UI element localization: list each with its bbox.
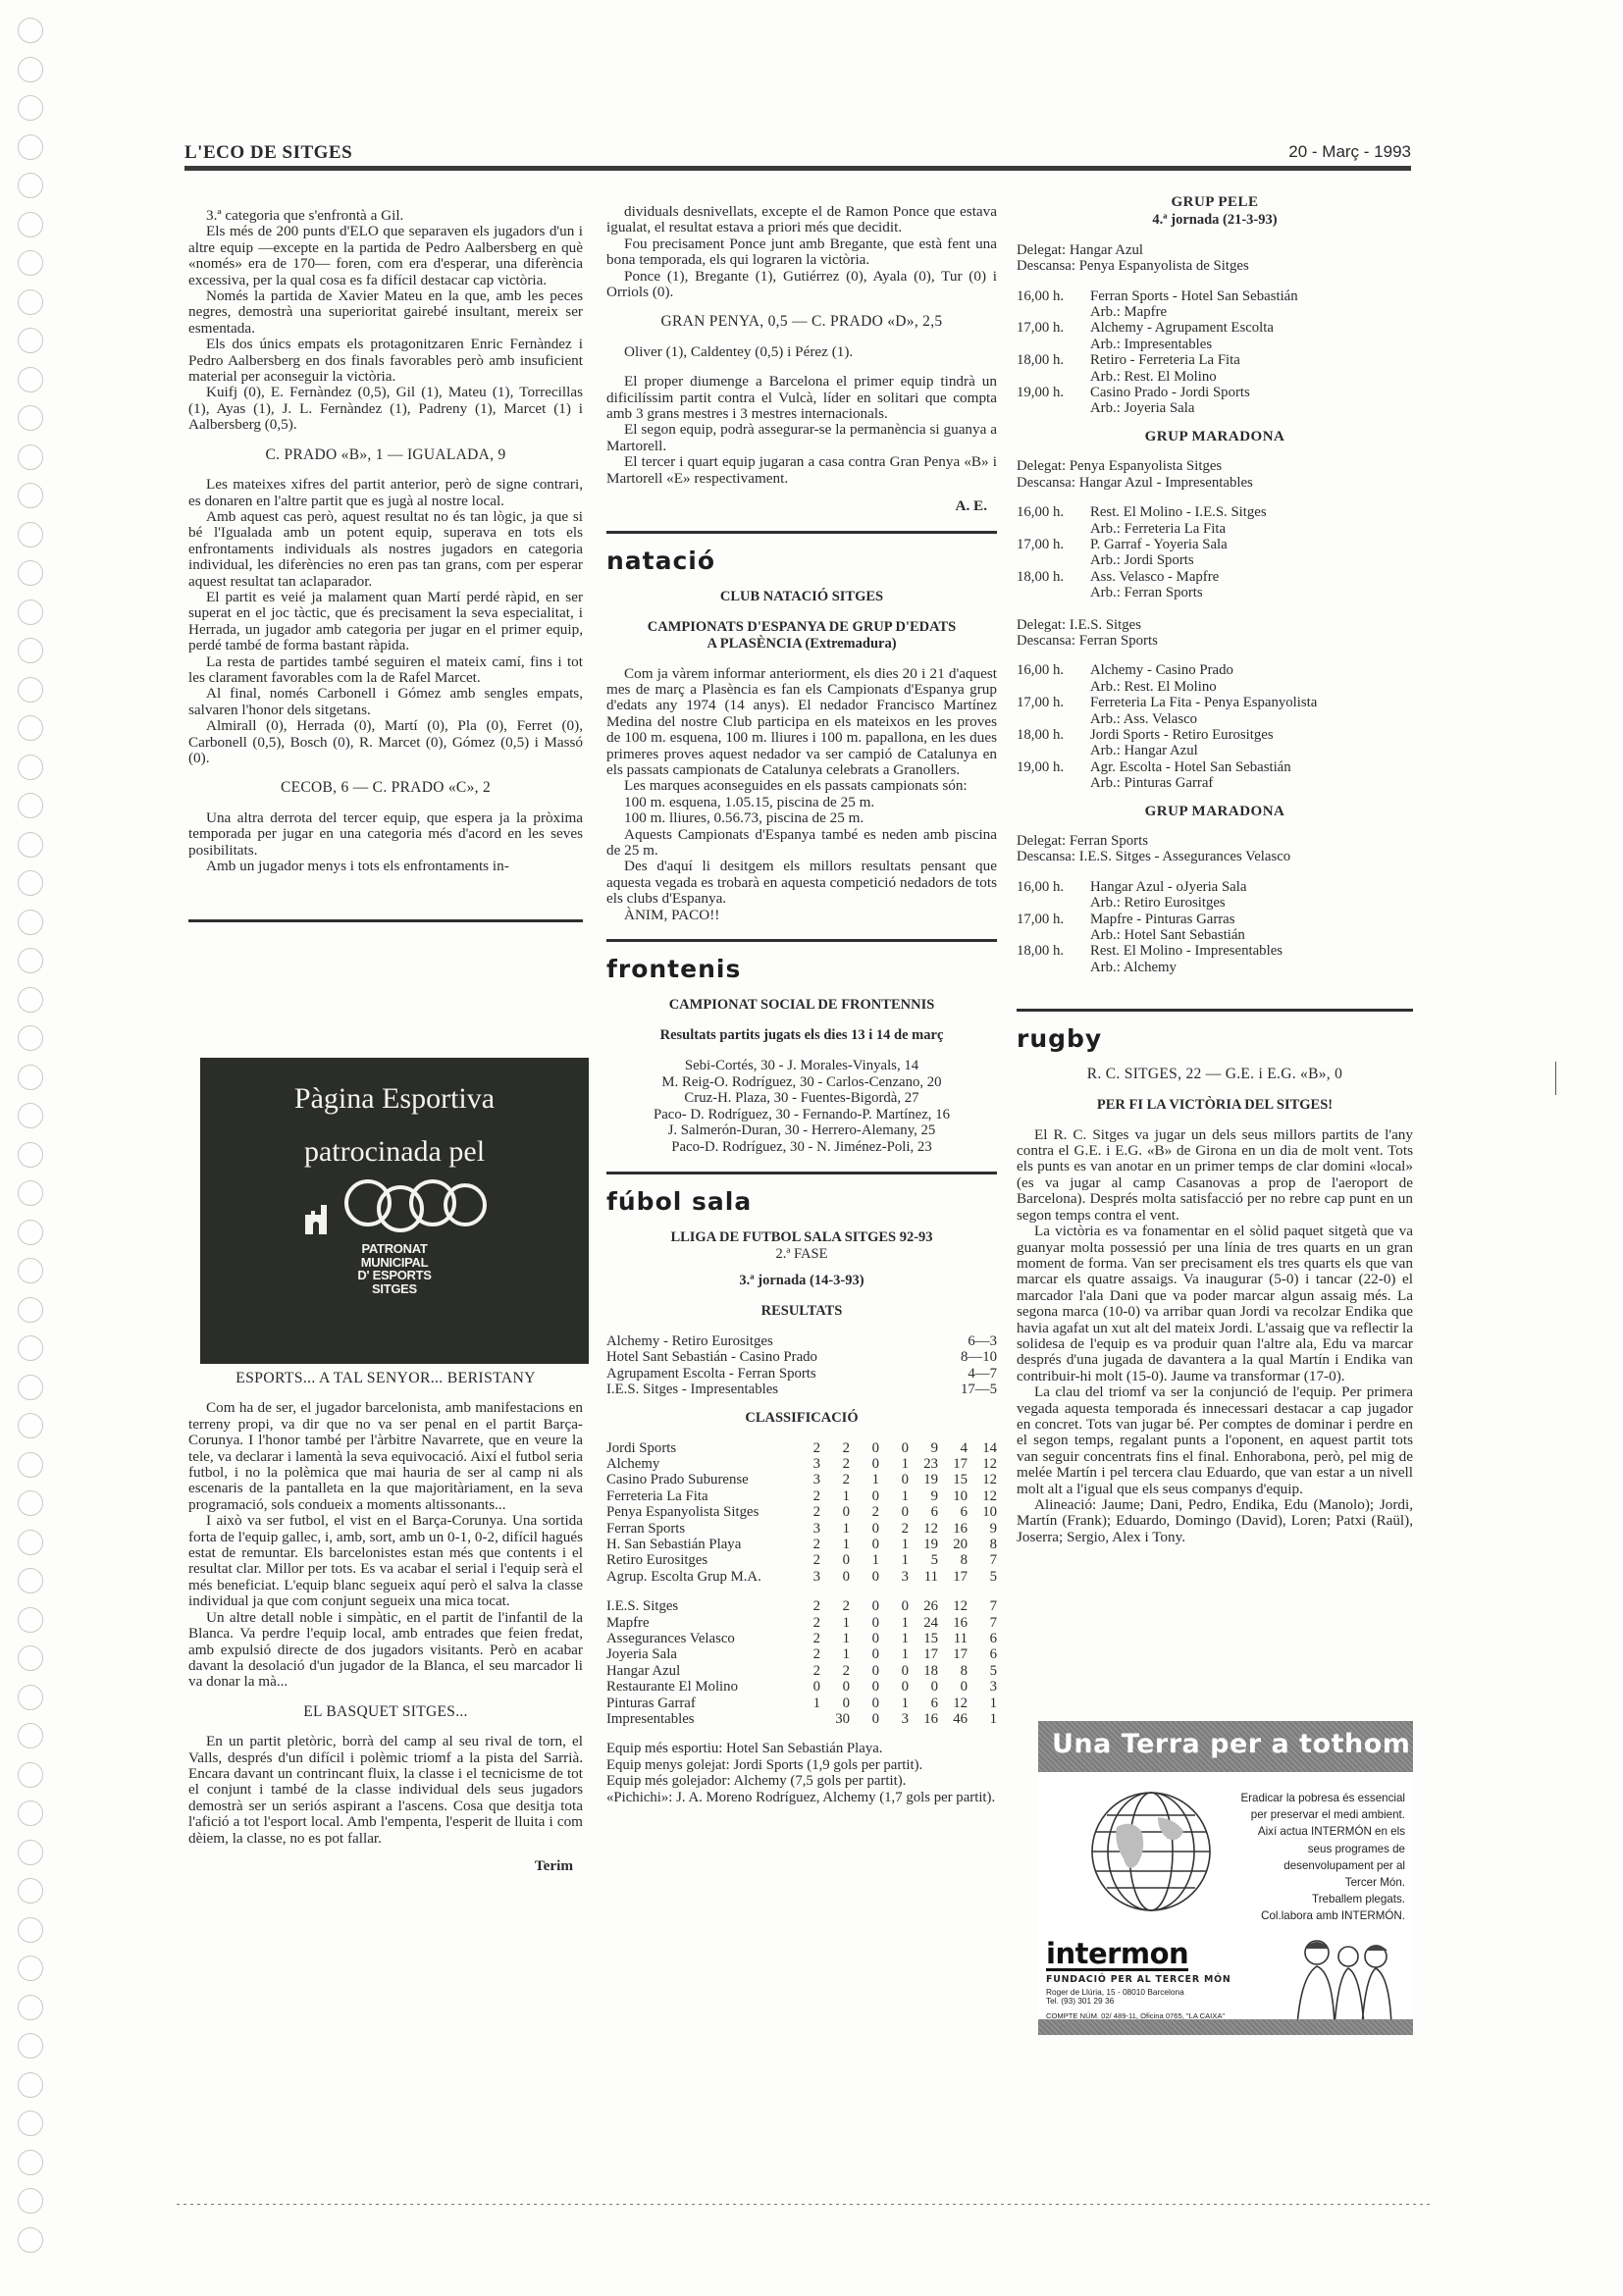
binder-hole [18, 1800, 43, 1826]
list-line: Paco-D. Rodríguez, 30 - N. Jiménez-Poli,… [606, 1139, 997, 1156]
stat-cell: 15 [938, 1472, 968, 1487]
stat-cell: 1 [968, 1711, 997, 1727]
list-line: desenvolupament per al [1209, 1857, 1405, 1874]
stat-cell: 17 [938, 1646, 968, 1662]
stat-cell: 0 [850, 1569, 879, 1585]
fixture-group: GRUP MARADONADelegat: Penya Espanyolista… [1017, 429, 1413, 601]
stat-cell: 19 [909, 1537, 938, 1552]
table-row: Hangar Azul22001885 [606, 1663, 997, 1679]
binder-hole [18, 95, 43, 121]
paragraph: 100 m. esquena, 1.05.15, piscina de 25 m… [606, 795, 997, 810]
binder-hole [18, 1840, 43, 1865]
fixture-referee: Arb.: Retiro Eurositges [1090, 895, 1413, 911]
stat-cell: 2 [820, 1456, 850, 1472]
patronat-name: PATRONATMUNICIPALD' ESPORTSSITGES [200, 1242, 589, 1295]
stat-cell: 0 [850, 1679, 879, 1695]
stat-cell: 12 [968, 1456, 997, 1472]
list-line: per preservar el medi ambient. [1209, 1806, 1405, 1823]
stat-cell: 15 [909, 1631, 938, 1646]
table-row: Alchemy - Retiro Eurositges6—3 [606, 1333, 997, 1350]
stat-cell: 1 [850, 1552, 879, 1568]
league-round: 3.ª jornada (14-3-93) [606, 1273, 997, 1289]
fixture-match: Rest. El Molino - Impresentables [1090, 943, 1413, 959]
stat-cell: 12 [968, 1488, 997, 1504]
table-row: Mapfre210124167 [606, 1615, 997, 1631]
stat-cell: 46 [938, 1711, 968, 1727]
descansa-line: Descansa: Penya Espanyolista de Sitges [1017, 258, 1413, 274]
scan-artifact-line [177, 2204, 1433, 2205]
paragraph: La resta de partides també seguiren el m… [188, 654, 583, 687]
stat-cell: 14 [968, 1440, 997, 1456]
stat-cell: 0 [850, 1456, 879, 1472]
rugby-headline: PER FI LA VICTÒRIA DEL SITGES! [1017, 1097, 1413, 1114]
score-cell: 4—7 [940, 1366, 997, 1383]
paragraph: El tercer i quart equip jugaran a casa c… [606, 454, 997, 487]
table-row: Retiro Eurositges2011587 [606, 1552, 997, 1568]
fixture-referee: Arb.: Ferreteria La Fita [1090, 521, 1413, 537]
fixture-time: 18,00 h. [1017, 352, 1090, 368]
descansa-line: Descansa: Hangar Azul - Impresentables [1017, 475, 1413, 491]
stat-cell: 16 [909, 1711, 938, 1727]
standings-title: CLASSIFICACIÓ [606, 1410, 997, 1427]
binder-hole [18, 250, 43, 276]
stat-cell: 4 [938, 1440, 968, 1456]
binder-hole [18, 212, 43, 237]
stat-cell: 8 [968, 1537, 997, 1552]
paragraph: La clau del triomf va ser la conjunció d… [1017, 1384, 1413, 1497]
stat-cell: 24 [909, 1615, 938, 1631]
stat-cell: 0 [850, 1663, 879, 1679]
intermon-advert: Una Terra per a tothom Eradicar la pobre… [1038, 1721, 1413, 2035]
basquet-subtitle: EL BASQUET SITGES... [188, 1704, 583, 1720]
list-line: Sebi-Cortés, 30 - J. Morales-Vinyals, 14 [606, 1058, 997, 1074]
list-line: Tercer Món. [1209, 1874, 1405, 1891]
players-line: Oliver (1), Caldentey (0,5) i Pérez (1). [606, 344, 997, 360]
section-divider [606, 531, 997, 534]
stat-cell: 0 [850, 1711, 879, 1727]
fixture-referee: Arb.: Pinturas Garraf [1090, 775, 1413, 791]
paragraph: Un altre detall noble i simpàtic, en el … [188, 1610, 583, 1691]
sponsor-advert: Pàgina Esportiva patrocinada pel PATRONA… [200, 1058, 589, 1364]
team-cell: Ferran Sports [606, 1521, 791, 1537]
results-title: RESULTATS [606, 1303, 997, 1320]
stat-cell: 2 [850, 1504, 879, 1520]
stat-cell: 0 [850, 1615, 879, 1631]
ad-banner-text: Una Terra per a tothom [1052, 1729, 1410, 1759]
paragraph: Els més de 200 punts d'ELO que separaven… [188, 224, 583, 288]
stat-cell: 0 [879, 1663, 909, 1679]
stat-cell: 9 [909, 1440, 938, 1456]
team-cell: Assegurances Velasco [606, 1631, 791, 1646]
stat-cell: 1 [879, 1615, 909, 1631]
fixture: 16,00 h.Rest. El Molino - I.E.S. SitgesA… [1017, 504, 1413, 537]
descansa-value: Ferran Sports [1079, 633, 1158, 649]
binder-hole [18, 1762, 43, 1788]
fixture-referee: Arb.: Joyeria Sala [1090, 400, 1413, 416]
list-line: SITGES [200, 1282, 589, 1296]
binder-hole [18, 948, 43, 973]
stat-cell: 7 [968, 1552, 997, 1568]
stat-cell: 8 [938, 1552, 968, 1568]
stat-cell: 3 [791, 1456, 820, 1472]
chess-paragraphs-5: El proper diumenge a Barcelona el primer… [606, 374, 997, 487]
fixture-groups: GRUP PELE4.ª jornada (21-3-93)Delegat: H… [1017, 194, 1413, 975]
headline-2: A PLASÈNCIA (Extremadura) [606, 636, 997, 652]
stat-cell: 1 [850, 1472, 879, 1487]
masthead: L'ECO DE SITGES 20 - Març - 1993 [184, 142, 1411, 172]
stat-cell: 2 [791, 1504, 820, 1520]
fixture-time: 17,00 h. [1017, 537, 1090, 552]
natacio-paragraphs: Com ja vàrem informar anteriorment, els … [606, 666, 997, 924]
binder-hole [18, 600, 43, 625]
paragraph: El partit es veié ja malament quan Martí… [188, 590, 583, 654]
ad-banner: Una Terra per a tothom [1038, 1721, 1413, 1772]
binder-hole [18, 677, 43, 703]
stat-cell: 0 [850, 1631, 879, 1646]
binder-hole [18, 1568, 43, 1593]
team-cell: Penya Espanyolista Sitges [606, 1504, 791, 1520]
frontenis-results: Sebi-Cortés, 30 - J. Morales-Vinyals, 14… [606, 1058, 997, 1156]
binder-hole [18, 1335, 43, 1361]
stat-cell: 1 [879, 1646, 909, 1662]
people-illustration-icon [1278, 1935, 1395, 2025]
fixture-group: Delegat: I.E.S. SitgesDescansa: Ferran S… [1017, 601, 1413, 792]
results-table: Alchemy - Retiro Eurositges6—3Hotel Sant… [606, 1333, 997, 1398]
stat-cell: 9 [968, 1521, 997, 1537]
section-divider [606, 939, 997, 942]
middle-column: dividuals desnivellats, excepte el de Ra… [606, 204, 997, 1805]
binder-hole [18, 289, 43, 315]
stat-cell: 17 [909, 1646, 938, 1662]
paragraph: I això va ser futbol, el vist en el Barç… [188, 1513, 583, 1609]
stat-cell: 0 [791, 1679, 820, 1695]
note-line: Equip més esportiu: Hotel San Sebastián … [606, 1741, 997, 1756]
stat-cell: 23 [909, 1456, 938, 1472]
binder-hole [18, 715, 43, 741]
binder-hole [18, 832, 43, 858]
stat-cell: 2 [879, 1521, 909, 1537]
newspaper-name: L'ECO DE SITGES [184, 142, 352, 164]
fixture: 17,00 h.Alchemy - Agrupament EscoltaArb.… [1017, 320, 1413, 352]
stat-cell: 2 [791, 1631, 820, 1646]
stat-cell: 3 [968, 1679, 997, 1695]
paragraph: Com ja vàrem informar anteriorment, els … [606, 666, 997, 779]
stat-cell: 1 [791, 1696, 820, 1711]
fixture: 17,00 h.Ferreteria La Fita - Penya Espan… [1017, 695, 1413, 727]
table-row: Ferran Sports310212169 [606, 1521, 997, 1537]
stat-cell: 12 [968, 1472, 997, 1487]
binder-hole [18, 1607, 43, 1633]
paragraph: Les marques aconseguides en els passats … [606, 778, 997, 794]
fixture-time: 18,00 h. [1017, 943, 1090, 959]
fixture: 16,00 h.Hangar Azul - oJyeria SalaArb.: … [1017, 879, 1413, 912]
stat-cell: 0 [850, 1696, 879, 1711]
olympic-rings-icon [340, 1175, 488, 1234]
paragraph: Al final, només Carbonell i Gómez amb se… [188, 686, 583, 718]
fixture-time: 18,00 h. [1017, 727, 1090, 743]
stat-cell: 6 [938, 1504, 968, 1520]
stat-cell: 17 [938, 1569, 968, 1585]
paragraph: ÀNIM, PACO!! [606, 908, 997, 923]
stat-cell: 1 [820, 1631, 850, 1646]
fixture-referee: Arb.: Alchemy [1090, 960, 1413, 975]
score-cell: 17—5 [940, 1382, 997, 1398]
stat-cell: 3 [791, 1521, 820, 1537]
stat-cell: 0 [879, 1598, 909, 1614]
table-row: Assegurances Velasco210115116 [606, 1631, 997, 1646]
stat-cell: 6 [909, 1504, 938, 1520]
binder-hole [18, 444, 43, 470]
binder-hole [18, 1142, 43, 1168]
paragraph: Les mateixes xifres del partit anterior,… [188, 477, 583, 509]
foundation-address: Roger de Llúria, 15 - 08010 Barcelona Te… [1046, 1988, 1184, 2006]
team-cell: Ferreteria La Fita [606, 1488, 791, 1504]
team-cell: Restaurante El Molino [606, 1679, 791, 1695]
section-heading-futbol-sala: fúbol sala [606, 1188, 997, 1216]
score-cell: 8—10 [940, 1349, 997, 1366]
fixture-referee: Arb.: Hotel Sant Sebastián [1090, 927, 1413, 943]
list-line: Cruz-H. Plaza, 30 - Fuentes-Bigordà, 27 [606, 1090, 997, 1107]
stat-cell: 1 [879, 1537, 909, 1552]
fixture-time: 17,00 h. [1017, 695, 1090, 710]
fixture-time: 19,00 h. [1017, 385, 1090, 400]
stat-cell: 0 [850, 1521, 879, 1537]
paragraph: Almirall (0), Herrada (0), Martí (0), Pl… [188, 718, 583, 766]
group-title: GRUP MARADONA [1017, 429, 1413, 444]
list-line: D' ESPORTS [200, 1269, 589, 1282]
stat-cell: 5 [968, 1663, 997, 1679]
stat-cell: 12 [938, 1598, 968, 1614]
list-line: Així actua INTERMÓN en els [1209, 1823, 1405, 1840]
fixture: 19,00 h.Casino Prado - Jordi SportsArb.:… [1017, 385, 1413, 417]
binder-hole [18, 1723, 43, 1748]
binder-hole [18, 987, 43, 1013]
paragraph: Els dos únics empats els protagonitzaren… [188, 337, 583, 385]
stat-cell: 3 [879, 1711, 909, 1727]
table-row: Pinturas Garraf10016121 [606, 1696, 997, 1711]
fixture-match: Agr. Escolta - Hotel San Sebastián [1090, 759, 1413, 775]
section-heading-frontenis: frontenis [606, 956, 997, 983]
section-divider [606, 1172, 997, 1174]
descansa-label: Descansa: [1017, 258, 1075, 274]
paragraph: Des d'aquí li desitgem els millors resul… [606, 859, 997, 907]
stat-cell: 26 [909, 1598, 938, 1614]
paragraph: El proper diumenge a Barcelona el primer… [606, 374, 997, 422]
stat-cell: 1 [879, 1696, 909, 1711]
binder-hole [18, 1258, 43, 1283]
stat-cell: 1 [820, 1646, 850, 1662]
list-line: Col.labora amb INTERMÓN. [1209, 1907, 1405, 1924]
delegat-value: Penya Espanyolista Sitges [1070, 458, 1222, 474]
stat-cell: 6 [968, 1646, 997, 1662]
stat-cell: 5 [909, 1552, 938, 1568]
fixture-time: 16,00 h. [1017, 662, 1090, 678]
stat-cell [791, 1711, 820, 1727]
stat-cell: 1 [879, 1456, 909, 1472]
paragraph: 3.ª categoria que s'enfrontà a Gil. [188, 208, 583, 224]
frontenis-subtitle: Resultats partits jugats els dies 13 i 1… [606, 1027, 997, 1044]
fixture-match: Alchemy - Casino Prado [1090, 662, 1413, 678]
delegat-value: Hangar Azul [1070, 242, 1143, 258]
stat-cell: 2 [791, 1552, 820, 1568]
stat-cell: 20 [938, 1537, 968, 1552]
binder-hole [18, 1995, 43, 2020]
issue-date: 20 - Març - 1993 [1288, 142, 1411, 162]
stat-cell: 1 [820, 1537, 850, 1552]
stat-cell: 7 [968, 1598, 997, 1614]
binder-hole [18, 57, 43, 82]
fixture-time: 17,00 h. [1017, 320, 1090, 336]
group-subtitle: 4.ª jornada (21-3-93) [1017, 212, 1413, 228]
table-row: Agrupament Escolta - Ferran Sports4—7 [606, 1366, 997, 1383]
fixture: 17,00 h.Mapfre - Pinturas GarrasArb.: Ho… [1017, 912, 1413, 944]
stat-cell: 0 [879, 1679, 909, 1695]
table-row: Agrup. Escolta Grup M.A.300311175 [606, 1569, 997, 1585]
stat-cell: 2 [820, 1663, 850, 1679]
binder-hole [18, 173, 43, 198]
descansa-label: Descansa: [1017, 633, 1075, 649]
team-cell: Jordi Sports [606, 1440, 791, 1456]
stat-cell: 3 [791, 1569, 820, 1585]
list-line: MUNICIPAL [200, 1256, 589, 1270]
table-row: Impresentables300316461 [606, 1711, 997, 1727]
team-cell: Agrup. Escolta Grup M.A. [606, 1569, 791, 1585]
intermon-logo: intermon [1046, 1939, 1188, 1971]
table-row: Penya Espanyolista Sitges20206610 [606, 1504, 997, 1520]
stat-cell: 17 [938, 1456, 968, 1472]
club-title: CLUB NATACIÓ SITGES [606, 589, 997, 605]
binder-hole [18, 1065, 43, 1090]
stat-cell: 2 [791, 1537, 820, 1552]
delegat-label: Delegat: [1017, 617, 1066, 633]
binder-hole [18, 755, 43, 780]
delegat-line: Delegat: I.E.S. Sitges [1017, 617, 1413, 633]
binder-hole [18, 1375, 43, 1400]
stat-cell: 0 [879, 1504, 909, 1520]
stat-cell: 2 [820, 1472, 850, 1487]
chess-paragraphs-1: 3.ª categoria que s'enfrontà a Gil.Els m… [188, 208, 583, 434]
descansa-label: Descansa: [1017, 475, 1075, 491]
fixture-list: 16,00 h.Alchemy - Casino PradoArb.: Rest… [1017, 662, 1413, 791]
stat-cell: 12 [909, 1521, 938, 1537]
match-title: CECOB, 6 — C. PRADO «C», 2 [188, 780, 583, 796]
stat-cell: 2 [820, 1440, 850, 1456]
fixture-list: 16,00 h.Rest. El Molino - I.E.S. SitgesA… [1017, 504, 1413, 600]
team-cell: Pinturas Garraf [606, 1696, 791, 1711]
paragraph: El segon equip, podrà assegurar-se la pe… [606, 422, 997, 454]
binder-hole [18, 2227, 43, 2253]
table-row: Restaurante El Molino0000003 [606, 1679, 997, 1695]
binder-hole [18, 1452, 43, 1478]
table-row: Hotel Sant Sebastián - Casino Prado8—10 [606, 1349, 997, 1366]
list-line: J. Salmerón-Duran, 30 - Herrero-Alemany,… [606, 1122, 997, 1139]
fixture-match: Jordi Sports - Retiro Eurositges [1090, 727, 1413, 743]
paragraph: Ponce (1), Bregante (1), Gutiérrez (0), … [606, 269, 997, 301]
fixture-match: Mapfre - Pinturas Garras [1090, 912, 1413, 927]
delegat-line: Delegat: Ferran Sports [1017, 833, 1413, 849]
binder-hole [18, 1530, 43, 1555]
delegat-label: Delegat: [1017, 833, 1066, 849]
globe-icon [1087, 1788, 1215, 1915]
paragraph: Només la partida de Xavier Mateu en la q… [188, 288, 583, 337]
fixture: 18,00 h.Retiro - Ferreteria La FitaArb.:… [1017, 352, 1413, 385]
delegat-label: Delegat: [1017, 242, 1066, 258]
fixture-referee: Arb.: Hangar Azul [1090, 743, 1413, 758]
paragraph: Kuifj (0), E. Fernàndez (0,5), Gil (1), … [188, 385, 583, 433]
stat-cell: 1 [879, 1552, 909, 1568]
stat-cell: 0 [850, 1537, 879, 1552]
note-line: Equip menys golejat: Jordi Sports (1,9 g… [606, 1757, 997, 1773]
stat-cell: 30 [820, 1711, 850, 1727]
stat-cell: 0 [879, 1472, 909, 1487]
team-cell: Retiro Eurositges [606, 1552, 791, 1568]
fixture-match: Casino Prado - Jordi Sports [1090, 385, 1413, 400]
binder-hole [18, 2033, 43, 2059]
stat-cell: 18 [909, 1663, 938, 1679]
table-row: Ferreteria La Fita210191012 [606, 1488, 997, 1504]
stat-cell: 2 [791, 1440, 820, 1456]
chess-paragraphs-3: Una altra derrota del tercer equip, que … [188, 810, 583, 875]
fixture-match: P. Garraf - Yoyeria Sala [1090, 537, 1413, 552]
stat-cell: 0 [820, 1504, 850, 1520]
binder-hole [18, 1645, 43, 1671]
stat-cell: 16 [938, 1615, 968, 1631]
paragraph: La victòria es va fonamentar en el sòlid… [1017, 1224, 1413, 1384]
list-line: Eradicar la pobresa és essencial [1209, 1790, 1405, 1806]
fixture: 16,00 h.Alchemy - Casino PradoArb.: Rest… [1017, 662, 1413, 695]
author-signature: Terim [188, 1858, 573, 1874]
team-cell: H. San Sebastián Playa [606, 1537, 791, 1552]
fixture-match: Alchemy - Agrupament Escolta [1090, 320, 1413, 336]
delegat-line: Delegat: Penya Espanyolista Sitges [1017, 458, 1413, 474]
team-cell: Hangar Azul [606, 1663, 791, 1679]
section-divider [1017, 1009, 1413, 1012]
descansa-value: Penya Espanyolista de Sitges [1079, 258, 1249, 274]
chess-paragraphs-4: dividuals desnivellats, excepte el de Ra… [606, 204, 997, 300]
fixture-list: 16,00 h.Ferran Sports - Hotel San Sebast… [1017, 288, 1413, 417]
binder-hole [18, 367, 43, 392]
paragraph: Amb un jugador menys i tots els enfronta… [188, 859, 583, 874]
fixture-referee: Arb.: Rest. El Molino [1090, 369, 1413, 385]
score-cell: 6—3 [940, 1333, 997, 1350]
stat-cell: 2 [791, 1646, 820, 1662]
stat-cell: 0 [850, 1488, 879, 1504]
binder-hole [18, 793, 43, 818]
fixture-group: GRUP PELE4.ª jornada (21-3-93)Delegat: H… [1017, 194, 1413, 417]
binder-hole [18, 134, 43, 160]
stat-cell: 3 [791, 1472, 820, 1487]
table-row: I.E.S. Sitges - Impresentables17—5 [606, 1382, 997, 1398]
fixture-time: 16,00 h. [1017, 288, 1090, 304]
league-title: LLIGA DE FUTBOL SALA SITGES 92-93 [606, 1229, 997, 1246]
stat-cell: 16 [938, 1521, 968, 1537]
binder-hole [18, 870, 43, 896]
league-phase: 2.ª FASE [606, 1246, 997, 1263]
stat-cell: 0 [909, 1679, 938, 1695]
fixture-match: Retiro - Ferreteria La Fita [1090, 352, 1413, 368]
stat-cell: 10 [968, 1504, 997, 1520]
esports-column: ESPORTS... A TAL SENYOR... BERISTANY Com… [188, 1371, 583, 1874]
binder-hole [18, 18, 43, 43]
list-line: Treballem plegats. [1209, 1891, 1405, 1907]
paragraph: Com ha de ser, el jugador barcelonista, … [188, 1400, 583, 1513]
fixture-time: 18,00 h. [1017, 569, 1090, 585]
list-line: Paco- D. Rodríguez, 30 - Fernando-P. Mar… [606, 1107, 997, 1123]
paragraph: dividuals desnivellats, excepte el de Ra… [606, 204, 997, 236]
foundation-name: FUNDACIÓ PER AL TERCER MÓN [1046, 1974, 1230, 1985]
binder-hole [18, 522, 43, 548]
match-cell: I.E.S. Sitges - Impresentables [606, 1382, 940, 1398]
